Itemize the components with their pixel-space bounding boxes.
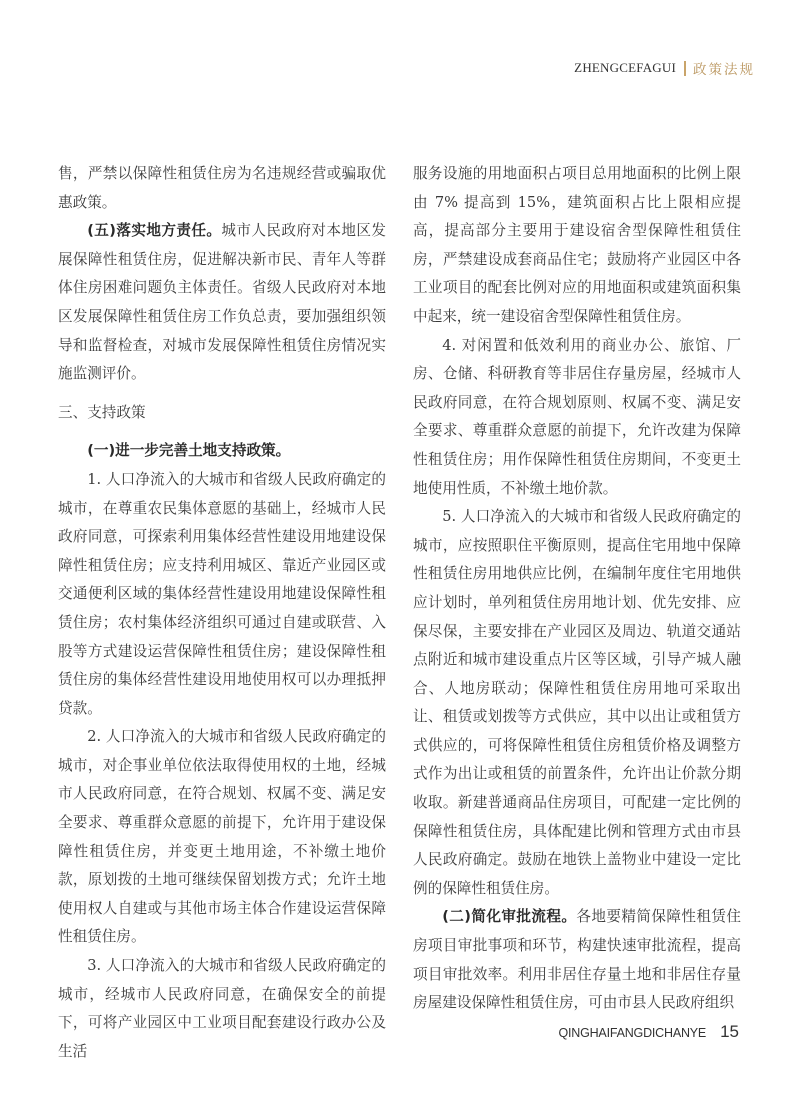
paragraph-continuation: 售，严禁以保障性租赁住房为名违规经营或骗取优惠政策。	[58, 160, 386, 217]
list-item-3: 3. 人口净流入的大城市和省级人民政府确定的城市，经城市人民政府同意，在确保安全…	[58, 952, 386, 1066]
running-footer: QINGHAIFANGDICHANYE 15	[558, 1022, 739, 1042]
list-item-3-continued: 服务设施的用地面积占项目总用地面积的比例上限由 7% 提高到 15%，建筑面积占…	[413, 160, 741, 332]
list-item-1: 1. 人口净流入的大城市和省级人民政府确定的城市，在尊重农民集体意愿的基础上，经…	[58, 466, 386, 723]
subsection-approval: (二)简化审批流程。各地要精简保障性租赁住房项目审批事项和环节，构建快速审批流程…	[413, 903, 741, 1017]
magazine-name: QINGHAIFANGDICHANYE	[558, 1026, 706, 1040]
paragraph-local-responsibility: (五)落实地方责任。城市人民政府对本地区发展保障性租赁住房，促进解决新市民、青年…	[58, 217, 386, 389]
subsection-land-policy: (一)进一步完善土地支持政策。	[58, 437, 386, 466]
list-item-2: 2. 人口净流入的大城市和省级人民政府确定的城市，对企事业单位依法取得使用权的土…	[58, 723, 386, 952]
subsection-title: (二)简化审批流程。	[442, 908, 576, 925]
header-divider	[684, 61, 686, 76]
paragraph-body: 城市人民政府对本地区发展保障性租赁住房，促进解决新市民、青年人等群体住房困难问题…	[58, 222, 386, 382]
page-number: 15	[720, 1022, 739, 1042]
section-name-en: ZHENGCEFAGUI	[574, 60, 676, 76]
right-column: 服务设施的用地面积占项目总用地面积的比例上限由 7% 提高到 15%，建筑面积占…	[413, 160, 741, 1018]
section-name-zh: 政策法规	[693, 58, 755, 78]
list-item-4: 4. 对闲置和低效利用的商业办公、旅馆、厂房、仓储、科研教育等非居住存量房屋，经…	[413, 332, 741, 504]
list-item-5: 5. 人口净流入的大城市和省级人民政府确定的城市，应按照职住平衡原则，提高住宅用…	[413, 503, 741, 903]
subsection-title: (一)进一步完善土地支持政策。	[87, 442, 290, 459]
subsection-title: (五)落实地方责任。	[87, 222, 221, 239]
section-heading: 三、支持政策	[58, 399, 386, 428]
running-header: ZHENGCEFAGUI 政策法规	[574, 58, 755, 78]
left-column: 售，严禁以保障性租赁住房为名违规经营或骗取优惠政策。 (五)落实地方责任。城市人…	[58, 160, 386, 1066]
